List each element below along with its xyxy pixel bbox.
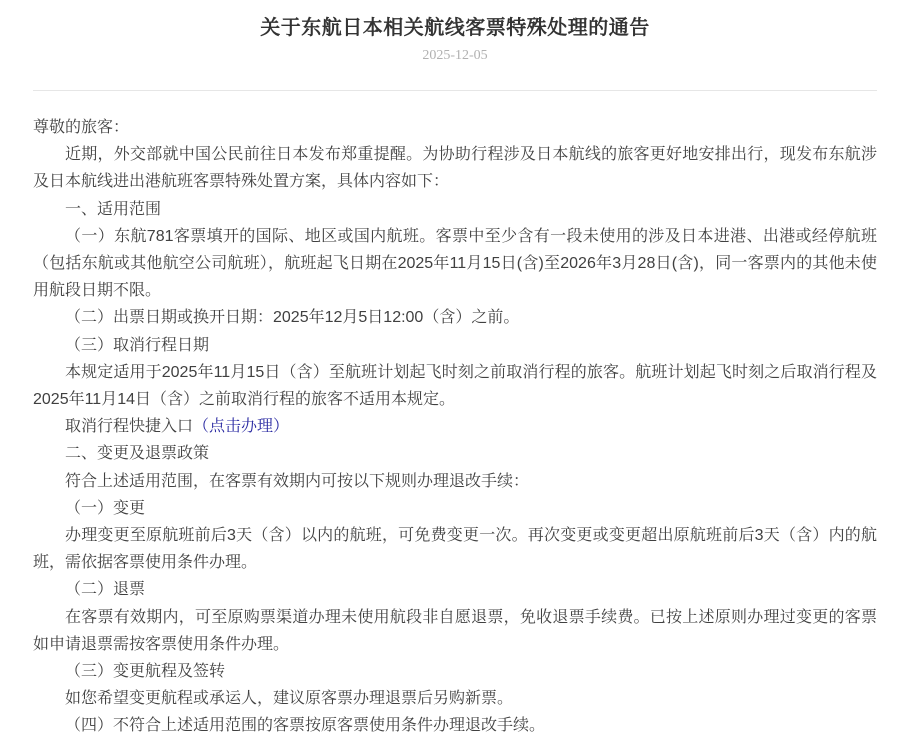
salutation: 尊敬的旅客： [33,114,877,141]
cancel-entry-link[interactable]: （点击办理） [193,418,289,435]
cancel-entry-label: 取消行程快捷入口 [65,418,193,435]
notice-body: 尊敬的旅客： 近期，外交部就中国公民前往日本发布郑重提醒。为协助行程涉及日本航线… [33,114,877,740]
notice-page: 关于东航日本相关航线客票特殊处理的通告 2025-12-05 尊敬的旅客： 近期… [0,0,910,746]
paragraph-cancel-rule: 本规定适用于2025年11月15日（含）至航班计划起飞时刻之前取消行程的旅客。航… [33,359,877,413]
paragraph-intro: 近期，外交部就中国公民前往日本发布郑重提醒。为协助行程涉及日本航线的旅客更好地安… [33,141,877,195]
notice-header: 关于东航日本相关航线客票特殊处理的通告 2025-12-05 [33,0,877,65]
heading-change: （一）变更 [33,495,877,522]
header-divider [33,90,877,91]
heading-scope: 一、适用范围 [33,196,877,223]
paragraph-scope-item2: （二）出票日期或换开日期：2025年12月5日12:00（含）之前。 [33,304,877,331]
paragraph-change-rule: 办理变更至原航班前后3天（含）以内的航班，可免费变更一次。再次变更或变更超出原航… [33,522,877,576]
paragraph-scope-item1: （一）东航781客票填开的国际、地区或国内航班。客票中至少含有一段未使用的涉及日… [33,223,877,305]
paragraph-policy-intro: 符合上述适用范围，在客票有效期内可按以下规则办理退改手续： [33,468,877,495]
heading-change-refund-policy: 二、变更及退票政策 [33,440,877,467]
publish-date: 2025-12-05 [33,47,877,65]
paragraph-reroute-advice: 如您希望变更航程或承运人，建议原客票办理退票后另购新票。 [33,685,877,712]
heading-reroute-endorse: （三）变更航程及签转 [33,658,877,685]
page-title: 关于东航日本相关航线客票特殊处理的通告 [33,0,877,40]
heading-cancel-date: （三）取消行程日期 [33,332,877,359]
paragraph-refund-rule: 在客票有效期内，可至原购票渠道办理未使用航段非自愿退票，免收退票手续费。已按上述… [33,604,877,658]
paragraph-non-applicable: （四）不符合上述适用范围的客票按原客票使用条件办理退改手续。 [33,712,877,739]
paragraph-cancel-entry: 取消行程快捷入口（点击办理） [33,413,877,440]
heading-refund: （二）退票 [33,576,877,603]
